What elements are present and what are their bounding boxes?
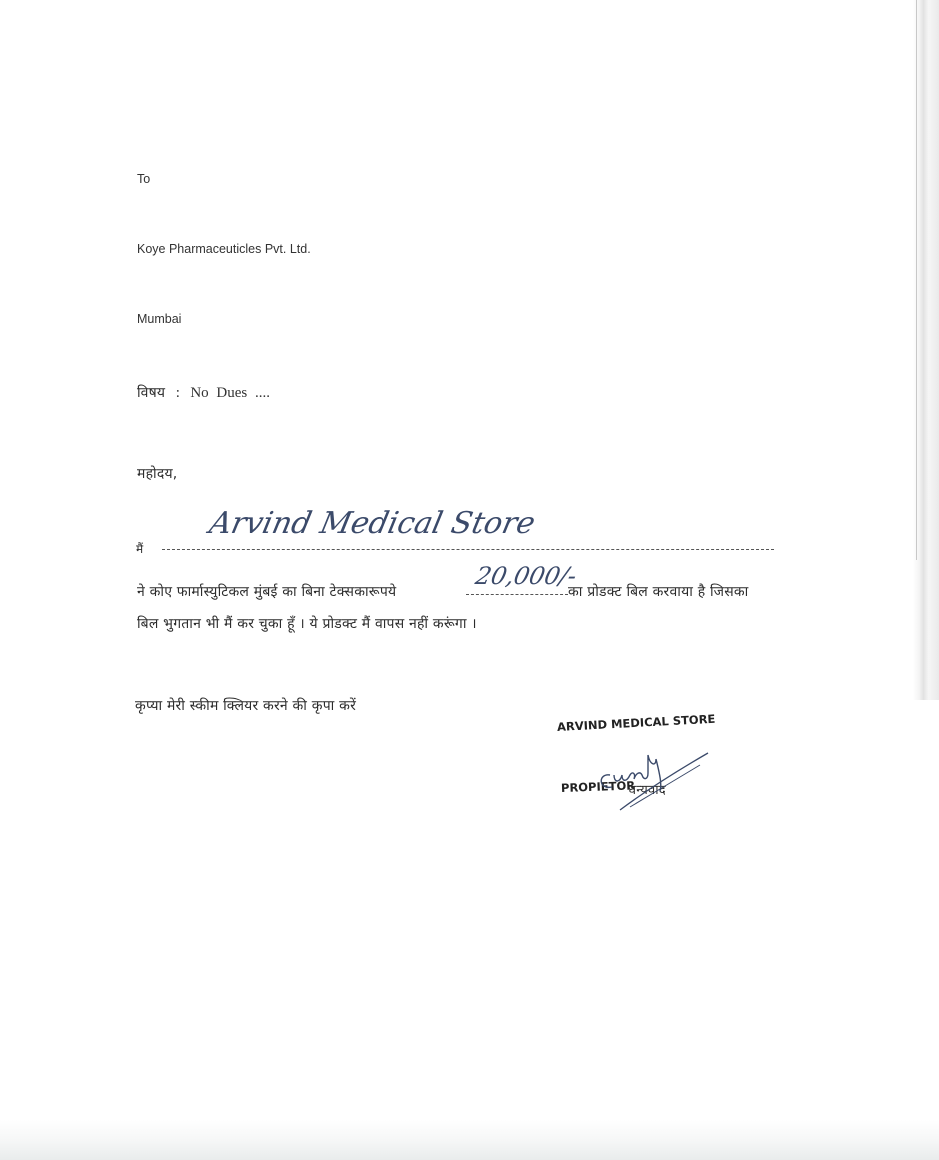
subject-label: विषय: [137, 385, 165, 401]
recipient-company: Koye Pharmaceuticles Pvt. Ltd.: [137, 242, 311, 256]
salutation-to: To: [137, 172, 150, 186]
letter-page: To Koye Pharmaceuticles Pvt. Ltd. Mumbai…: [0, 0, 939, 1160]
subject-text: No Dues ....: [190, 385, 270, 401]
body-line2-prefix: ने कोए फार्मास्युटिकल मुंबई का बिना टेक्…: [137, 582, 396, 601]
body-line1-prefix: मैं: [136, 540, 143, 557]
signature-icon: [590, 725, 720, 815]
greeting: महोदय,: [137, 464, 177, 483]
amount-fill-line: [466, 594, 568, 595]
body-request: कृप्या मेरी स्कीम क्लियर करने की कृपा कर…: [135, 696, 356, 715]
body-line3: बिल भुगतान भी मैं कर चुका हूँ । ये प्रोड…: [137, 614, 477, 633]
recipient-city: Mumbai: [137, 312, 181, 326]
subject-line: विषय : No Dues ....: [137, 383, 270, 402]
paper-bottom-texture: [0, 1120, 939, 1160]
paper-edge-line: [916, 0, 917, 560]
handwritten-name: Arvind Medical Store: [206, 506, 538, 541]
name-fill-line: [162, 549, 774, 550]
subject-separator: :: [176, 385, 180, 401]
body-line2-suffix: का प्रोडक्ट बिल करवाया है जिसका: [568, 582, 748, 601]
handwritten-amount: 20,000/-: [473, 562, 579, 590]
